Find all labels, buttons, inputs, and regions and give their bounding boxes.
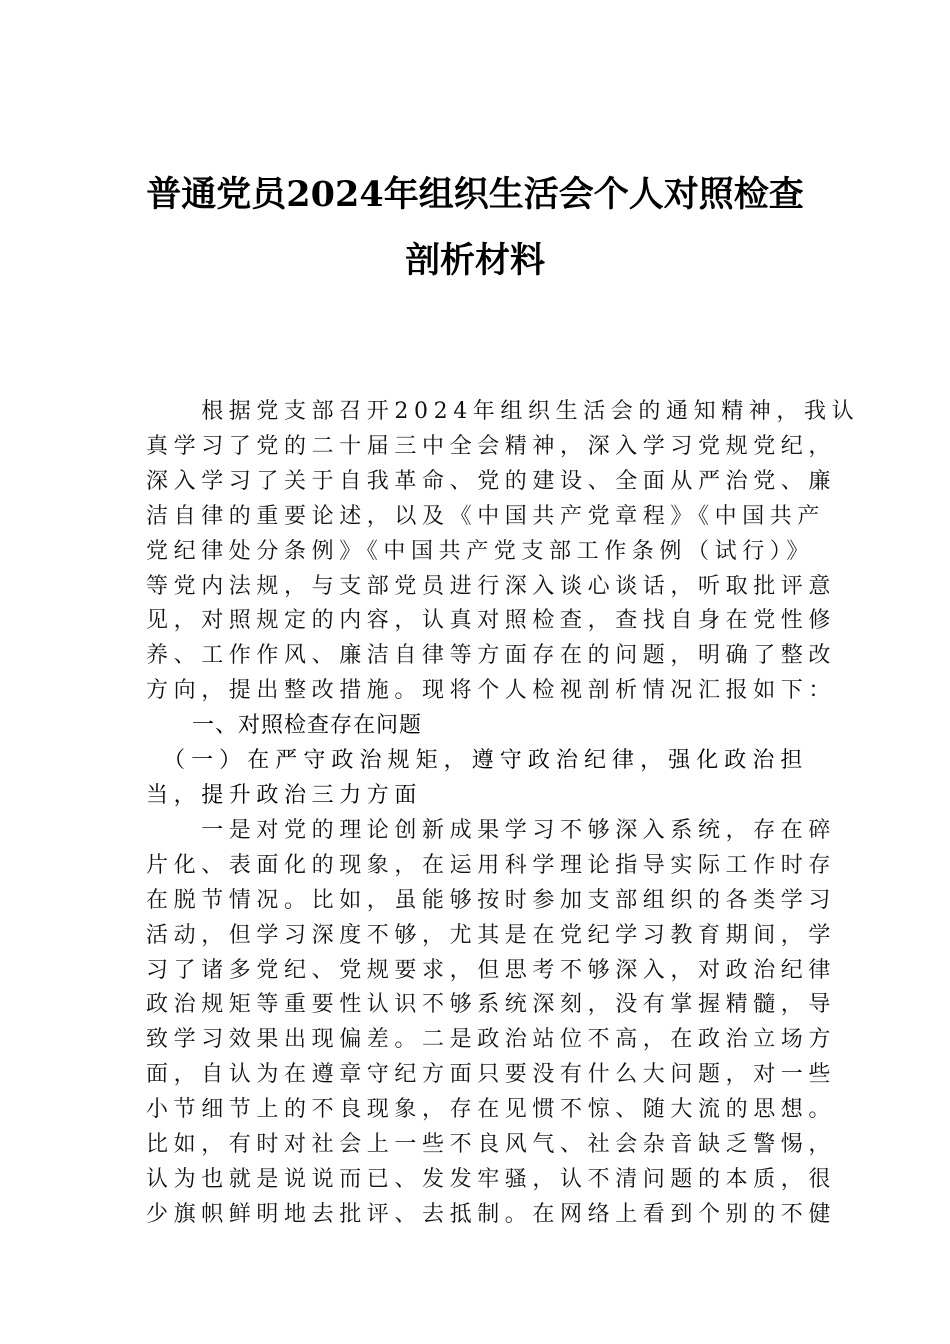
intro-line: 洁自律的重要论述，以及《中国共产党章程》《中国共产 [146,500,808,535]
body-line: 认为也就是说说而已、发发牢骚，认不清问题的本质，很 [146,1163,808,1198]
intro-line: 真学习了党的二十届三中全会精神，深入学习党规党纪， [146,430,808,465]
body-paragraph: 一是对党的理论创新成果学习不够深入系统，存在碎 片化、表面化的现象，在运用科学理… [146,814,808,1233]
section-heading: 一、对照检查存在问题 [146,709,808,744]
body-line: 在脱节情况。比如，虽能够按时参加支部组织的各类学习 [146,884,808,919]
body-line: 少旗帜鲜明地去批评、去抵制。在网络上看到个别的不健 [146,1198,808,1233]
body-line: 片化、表面化的现象，在运用科学理论指导实际工作时存 [146,849,808,884]
body-line: 面，自认为在遵章守纪方面只要没有什么大问题，对一些 [146,1058,808,1093]
intro-line: 方向，提出整改措施。现将个人检视剖析情况汇报如下： [146,674,808,709]
body-line: 政治规矩等重要性认识不够系统深刻，没有掌握精髓，导 [146,988,808,1023]
subsection-heading-line: （一）在严守政治规矩，遵守政治纪律，强化政治担 [146,744,808,779]
body-line: 致学习效果出现偏差。二是政治站位不高，在政治立场方 [146,1023,808,1058]
subsection-heading: （一）在严守政治规矩，遵守政治纪律，强化政治担 当，提升政治三力方面 [146,744,808,814]
body-line: 比如，有时对社会上一些不良风气、社会杂音缺乏警惕， [146,1128,808,1163]
body-line: 活动，但学习深度不够，尤其是在党纪学习教育期间，学 [146,919,808,954]
intro-line: 党纪律处分条例》《中国共产党支部工作条例（试行）》 [146,535,808,570]
document-page: 普通党员2024年组织生活会个人对照检查 剖析材料 根据党支部召开2024年组织… [0,0,950,1344]
document-body: 根据党支部召开2024年组织生活会的通知精神，我认 真学习了党的二十届三中全会精… [146,395,808,1233]
intro-line: 根据党支部召开2024年组织生活会的通知精神，我认 [146,395,808,430]
intro-line: 深入学习了关于自我革命、党的建设、全面从严治党、廉 [146,465,808,500]
intro-paragraph: 根据党支部召开2024年组织生活会的通知精神，我认 真学习了党的二十届三中全会精… [146,395,808,709]
intro-line: 养、工作作风、廉洁自律等方面存在的问题，明确了整改 [146,639,808,674]
document-title-line-1: 普通党员2024年组织生活会个人对照检查 [0,170,950,220]
body-line: 一是对党的理论创新成果学习不够深入系统，存在碎 [146,814,808,849]
intro-line: 等党内法规，与支部党员进行深入谈心谈话，听取批评意 [146,570,808,605]
intro-line: 见，对照规定的内容，认真对照检查，查找自身在党性修 [146,604,808,639]
body-line: 小节细节上的不良现象，存在见惯不惊、随大流的思想。 [146,1093,808,1128]
body-line: 习了诸多党纪、党规要求，但思考不够深入，对政治纪律 [146,954,808,989]
document-title-line-2: 剖析材料 [0,236,950,286]
subsection-heading-line: 当，提升政治三力方面 [146,779,808,814]
